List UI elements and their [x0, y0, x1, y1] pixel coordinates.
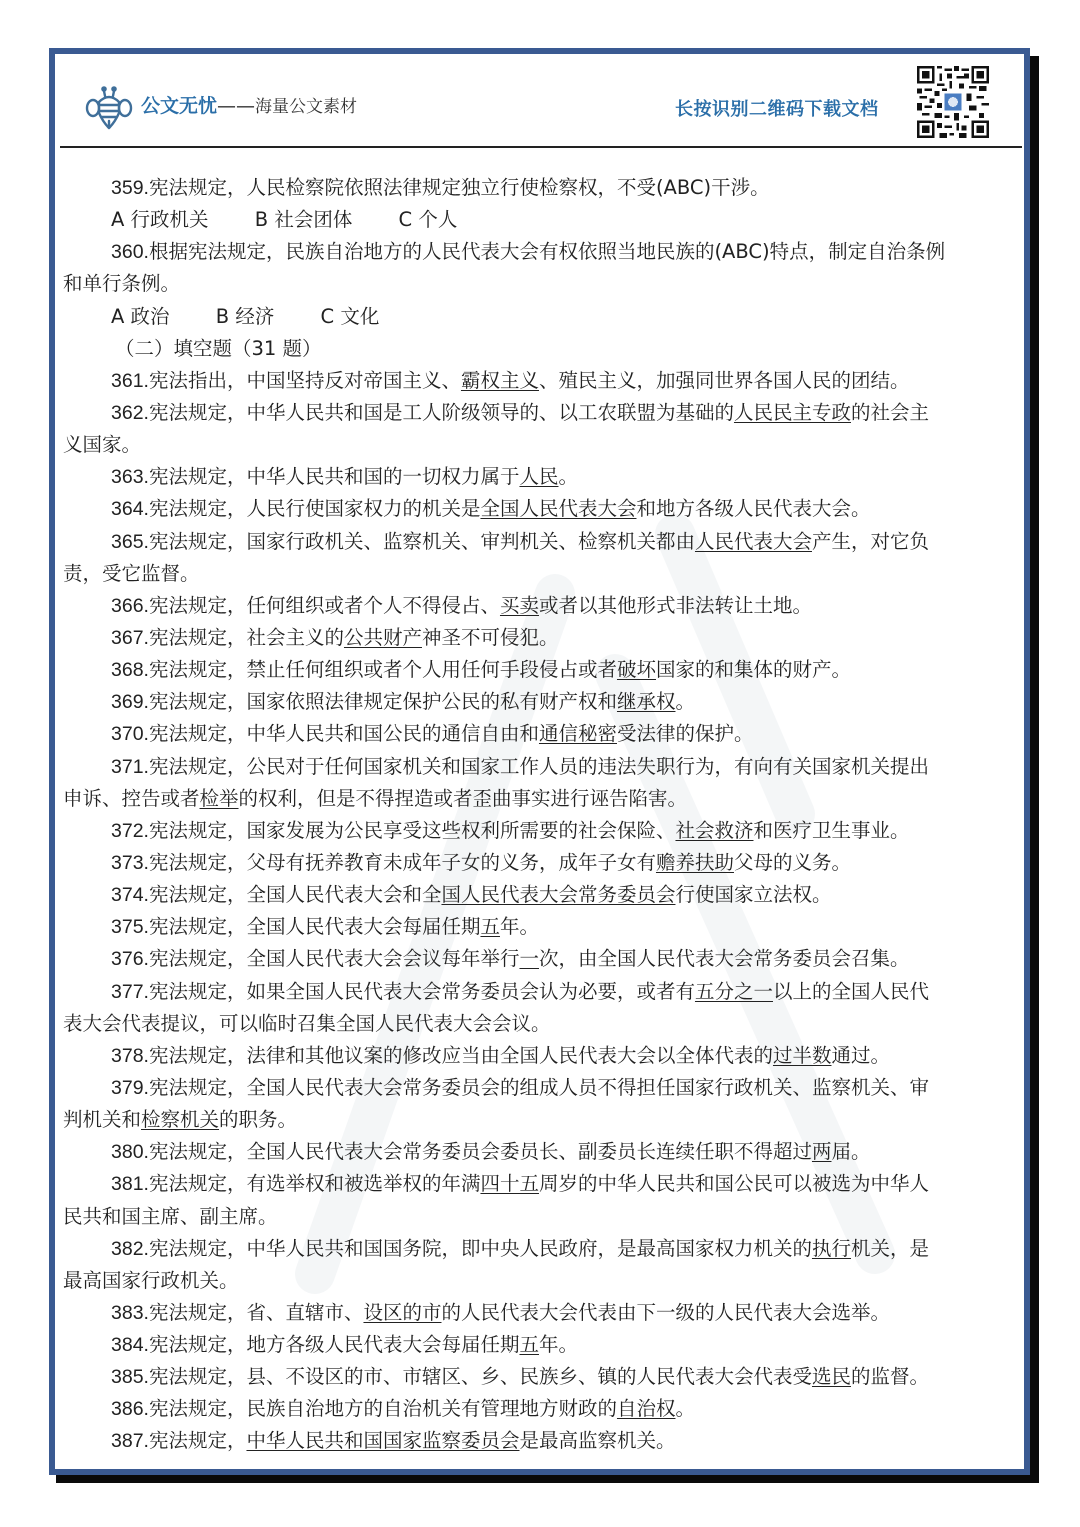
- answer-blank: 人民代表大会: [695, 530, 812, 553]
- answer-blank: 五: [519, 1333, 539, 1356]
- list-item-continuation: 责，受它监督。: [63, 558, 1021, 590]
- question-text: 宪法规定，地方各级人民代表大会每届任期: [149, 1333, 520, 1356]
- answer-blank: 选民: [812, 1365, 851, 1388]
- question-text: 宪法规定，全国人民代表大会每届任期: [149, 915, 481, 938]
- question-number: 374.: [111, 884, 149, 906]
- answer-blank: 人民民主专政: [734, 401, 851, 424]
- question-number: 361.: [111, 370, 149, 392]
- question-text: 宪法规定，人民行使国家权力的机关是: [149, 497, 481, 520]
- question-number: 365.: [111, 531, 149, 553]
- answer-blank: 赡养扶助: [656, 851, 734, 874]
- question-number: 385.: [111, 1366, 149, 1388]
- question-text: 宪法规定，国家行政机关、监察机关、审判机关、检察机关都由: [149, 530, 695, 553]
- question-number: 378.: [111, 1045, 149, 1067]
- question-text: 受法律的保护。: [617, 722, 754, 745]
- option-a: A 行政机关: [111, 204, 209, 236]
- list-item: 375.宪法规定，全国人民代表大会每届任期五年。: [63, 911, 1021, 943]
- download-prompt: 长按识别二维码下载文档: [675, 95, 879, 121]
- option-c: C 文化: [321, 301, 380, 333]
- question-text: 宪法规定，全国人民代表大会和全: [149, 883, 442, 906]
- question-number: 362.: [111, 402, 149, 424]
- question-text: 宪法规定，县、不设区的市、市辖区、乡、民族乡、镇的人民代表大会代表受: [149, 1365, 812, 1388]
- question-text: 行使国家立法权。: [675, 883, 831, 906]
- answer-blank: 四十五: [480, 1172, 539, 1195]
- question-text: 宪法规定，全国人民代表大会常务委员会的组成人员不得担任国家行政机关、监察机关、审: [149, 1076, 929, 1099]
- list-item-continuation: 义国家。: [63, 429, 1021, 461]
- question-text: 宪法规定，有选举权和被选举权的年满: [149, 1172, 481, 1195]
- brand: 公文无忧——海量公文素材: [141, 94, 357, 119]
- document-frame: 公文无忧——海量公文素材 长按识别二维码下载文档: [49, 48, 1030, 1475]
- question-text: 宪法规定，中华人民共和国公民的通信自由和: [149, 722, 539, 745]
- list-item-continuation: 民共和国主席、副主席。: [63, 1201, 1021, 1233]
- question-text-cont: 义国家。: [63, 433, 141, 456]
- brand-name: 公文无忧: [141, 95, 217, 117]
- brand-dash: ——: [217, 95, 255, 117]
- question-number: 387.: [111, 1430, 149, 1452]
- question-number: 364.: [111, 498, 149, 520]
- list-item: 364.宪法规定，人民行使国家权力的机关是全国人民代表大会和地方各级人民代表大会…: [63, 493, 1021, 525]
- document-body: 359.宪法规定，人民检察院依照法律规定独立行使检察权，不受(ABC)干涉。 A…: [63, 172, 1021, 1458]
- question-text: 宪法规定，禁止任何组织或者个人用任何手段侵占或者: [149, 658, 617, 681]
- option-b: B 社会团体: [255, 204, 353, 236]
- question-number: 369.: [111, 691, 149, 713]
- question-text: 国家的和集体的财产。: [656, 658, 851, 681]
- option-b: B 经济: [216, 301, 275, 333]
- list-item: 370.宪法规定，中华人民共和国公民的通信自由和通信秘密受法律的保护。: [63, 718, 1021, 750]
- list-item: 378.宪法规定，法律和其他议案的修改应当由全国人民代表大会以全体代表的过半数通…: [63, 1040, 1021, 1072]
- question-number: 377.: [111, 981, 149, 1003]
- answer-blank: 人民: [519, 465, 558, 488]
- question-number: 359.: [111, 177, 149, 199]
- question-number: 371.: [111, 756, 149, 778]
- question-360-continuation: 和单行条例。: [63, 268, 1021, 300]
- list-item-continuation: 最高国家行政机关。: [63, 1265, 1021, 1297]
- answer-blank: 通信秘密: [539, 722, 617, 745]
- option-a: A 政治: [111, 301, 170, 333]
- question-text-cont: 责，受它监督。: [63, 562, 200, 585]
- answer-blank: 五: [480, 915, 500, 938]
- question-text: 和医疗卫生事业。: [753, 819, 909, 842]
- answer-blank: 国人民代表大会常务委员会: [441, 883, 675, 906]
- list-item: 383.宪法规定，省、直辖市、设区的市的人民代表大会代表由下一级的人民代表大会选…: [63, 1297, 1021, 1329]
- list-item: 372.宪法规定，国家发展为公民享受这些权利所需要的社会保险、社会救济和医疗卫生…: [63, 815, 1021, 847]
- question-text: 届。: [831, 1140, 870, 1163]
- question-number: 372.: [111, 820, 149, 842]
- qr-code-icon[interactable]: [917, 66, 989, 138]
- list-item: 386.宪法规定，民族自治地方的自治机关有管理地方财政的自治权。: [63, 1393, 1021, 1425]
- question-text: 以上的全国人民代: [773, 980, 929, 1003]
- question-number: 381.: [111, 1173, 149, 1195]
- answer-blank: 继承权: [617, 690, 676, 713]
- question-text: 宪法规定，中华人民共和国的一切权力属于: [149, 465, 520, 488]
- question-text: 宪法规定，民族自治地方的自治机关有管理地方财政的: [149, 1397, 617, 1420]
- question-text: 。: [558, 465, 578, 488]
- question-text-cont: 最高国家行政机关。: [63, 1269, 239, 1292]
- question-text: 宪法规定，人民检察院依照法律规定独立行使检察权，不受(ABC)干涉。: [149, 176, 770, 199]
- question-text: 年。: [500, 915, 539, 938]
- list-item: 381.宪法规定，有选举权和被选举权的年满四十五周岁的中华人民共和国公民可以被选…: [63, 1168, 1021, 1200]
- list-item: 373.宪法规定，父母有抚养教育未成年子女的义务，成年子女有赡养扶助父母的义务。: [63, 847, 1021, 879]
- list-item: 376.宪法规定，全国人民代表大会会议每年举行一次，由全国人民代表大会常务委员会…: [63, 943, 1021, 975]
- question-text: 宪法规定，全国人民代表大会会议每年举行: [149, 947, 520, 970]
- question-text: 和地方各级人民代表大会。: [636, 497, 870, 520]
- question-text: 宪法规定，中华人民共和国国务院，即中央人民政府，是最高国家权力机关的: [149, 1237, 812, 1260]
- question-text: 次，由全国人民代表大会常务委员会召集。: [539, 947, 910, 970]
- question-text: 。: [675, 1397, 695, 1420]
- brand-tagline: 海量公文素材: [255, 97, 357, 117]
- question-text: 的监督。: [851, 1365, 929, 1388]
- question-359: 359.宪法规定，人民检察院依照法律规定独立行使检察权，不受(ABC)干涉。: [63, 172, 1021, 204]
- answer-blank: 全国人民代表大会: [480, 497, 636, 520]
- list-item: 367.宪法规定，社会主义的公共财产神圣不可侵犯。: [63, 622, 1021, 654]
- answer-blank: 中华人民共和国国家监察委员会: [246, 1429, 519, 1452]
- answer-blank: 检察机关: [141, 1108, 219, 1131]
- question-number: 375.: [111, 916, 149, 938]
- question-number: 363.: [111, 466, 149, 488]
- question-number: 376.: [111, 948, 149, 970]
- question-text: 宪法规定，法律和其他议案的修改应当由全国人民代表大会以全体代表的: [149, 1044, 773, 1067]
- answer-blank: 一: [519, 947, 539, 970]
- list-item: 369.宪法规定，国家依照法律规定保护公民的私有财产权和继承权。: [63, 686, 1021, 718]
- list-item: 362.宪法规定，中华人民共和国是工人阶级领导的、以工农联盟为基础的人民民主专政…: [63, 397, 1021, 429]
- answer-blank: 买卖: [500, 594, 539, 617]
- question-text-cont: 表大会代表提议，可以临时召集全国人民代表大会会议。: [63, 1012, 551, 1035]
- list-item: 361.宪法指出，中国坚持反对帝国主义、霸权主义、殖民主义，加强同世界各国人民的…: [63, 365, 1021, 397]
- list-item: 363.宪法规定，中华人民共和国的一切权力属于人民。: [63, 461, 1021, 493]
- question-text: 宪法指出，中国坚持反对帝国主义、: [149, 369, 461, 392]
- question-text: 神圣不可侵犯。: [422, 626, 559, 649]
- question-number: 380.: [111, 1141, 149, 1163]
- question-text: 。: [675, 690, 695, 713]
- question-number: 373.: [111, 852, 149, 874]
- question-text: 宪法规定，省、直辖市、: [149, 1301, 364, 1324]
- question-text: 、殖民主义，加强同世界各国人民的团结。: [539, 369, 910, 392]
- question-number: 386.: [111, 1398, 149, 1420]
- page-header: 公文无忧——海量公文素材 长按识别二维码下载文档: [55, 54, 1024, 146]
- question-number: 367.: [111, 627, 149, 649]
- list-item: 382.宪法规定，中华人民共和国国务院，即中央人民政府，是最高国家权力机关的执行…: [63, 1233, 1021, 1265]
- list-item: 384.宪法规定，地方各级人民代表大会每届任期五年。: [63, 1329, 1021, 1361]
- question-text: 或者以其他形式非法转让土地。: [539, 594, 812, 617]
- question-text: 周岁的中华人民共和国公民可以被选为中华人: [539, 1172, 929, 1195]
- question-359-options: A 行政机关 B 社会团体 C 个人: [63, 204, 1021, 236]
- question-text: 通过。: [831, 1044, 890, 1067]
- question-text: 父母的义务。: [734, 851, 851, 874]
- question-number: 368.: [111, 659, 149, 681]
- question-number: 382.: [111, 1238, 149, 1260]
- question-360: 360.根据宪法规定，民族自治地方的人民代表大会有权依照当地民族的(ABC)特点…: [63, 236, 1021, 268]
- list-item: 368.宪法规定，禁止任何组织或者个人用任何手段侵占或者破坏国家的和集体的财产。: [63, 654, 1021, 686]
- answer-blank: 过半数: [773, 1044, 832, 1067]
- question-text: 宪法规定，公民对于任何国家机关和国家工作人员的违法失职行为，有向有关国家机关提出: [149, 755, 929, 778]
- answer-blank: 破坏: [617, 658, 656, 681]
- list-item: 374.宪法规定，全国人民代表大会和全国人民代表大会常务委员会行使国家立法权。: [63, 879, 1021, 911]
- question-text: 根据宪法规定，民族自治地方的人民代表大会有权依照当地民族的(ABC)特点，制定自…: [149, 240, 945, 263]
- section-heading: （二）填空题（31 题）: [63, 333, 1021, 365]
- list-item: 377.宪法规定，如果全国人民代表大会常务委员会认为必要，或者有五分之一以上的全…: [63, 976, 1021, 1008]
- question-text-cont: 和单行条例。: [63, 272, 180, 295]
- option-c: C 个人: [399, 204, 458, 236]
- list-item: 365.宪法规定，国家行政机关、监察机关、审判机关、检察机关都由人民代表大会产生…: [63, 526, 1021, 558]
- header-divider: [60, 146, 1022, 148]
- question-text: 宪法规定，: [149, 1429, 247, 1452]
- question-text: 宪法规定，中华人民共和国是工人阶级领导的、以工农联盟为基础的: [149, 401, 734, 424]
- question-text: 年。: [539, 1333, 578, 1356]
- list-item: 371.宪法规定，公民对于任何国家机关和国家工作人员的违法失职行为，有向有关国家…: [63, 751, 1021, 783]
- question-text: 宪法规定，任何组织或者个人不得侵占、: [149, 594, 500, 617]
- question-text: 产生，对它负: [812, 530, 929, 553]
- question-number: 360.: [111, 241, 149, 263]
- question-text-cont: 判机关和: [63, 1108, 141, 1131]
- list-item: 380.宪法规定，全国人民代表大会常务委员会委员长、副委员长连续任职不得超过两届…: [63, 1136, 1021, 1168]
- question-text: 的人民代表大会代表由下一级的人民代表大会选举。: [441, 1301, 890, 1324]
- answer-blank: 自治权: [617, 1397, 676, 1420]
- question-text: 宪法规定，国家发展为公民享受这些权利所需要的社会保险、: [149, 819, 676, 842]
- question-number: 383.: [111, 1302, 149, 1324]
- list-item-continuation: 判机关和检察机关的职务。: [63, 1104, 1021, 1136]
- list-item-continuation: 申诉、控告或者检举的权利，但是不得捏造或者歪曲事实进行诬告陷害。: [63, 783, 1021, 815]
- question-number: 384.: [111, 1334, 149, 1356]
- answer-blank: 公共财产: [344, 626, 422, 649]
- answer-blank: 两: [812, 1140, 832, 1163]
- question-text: 宪法规定，如果全国人民代表大会常务委员会认为必要，或者有: [149, 980, 695, 1003]
- question-text-cont: 的权利，但是不得捏造或者歪曲事实进行诬告陷害。: [239, 787, 688, 810]
- answer-blank: 五分之一: [695, 980, 773, 1003]
- question-text-cont: 的职务。: [219, 1108, 297, 1131]
- answer-blank: 执行: [812, 1237, 851, 1260]
- question-text-cont: 民共和国主席、副主席。: [63, 1205, 278, 1228]
- question-360-options: A 政治 B 经济 C 文化: [63, 301, 1021, 333]
- answer-blank: 设区的市: [363, 1301, 441, 1324]
- answer-blank: 检举: [200, 787, 239, 810]
- list-item: 379.宪法规定，全国人民代表大会常务委员会的组成人员不得担任国家行政机关、监察…: [63, 1072, 1021, 1104]
- question-text-cont: 申诉、控告或者: [63, 787, 200, 810]
- question-number: 379.: [111, 1077, 149, 1099]
- list-item: 387.宪法规定，中华人民共和国国家监察委员会是最高监察机关。: [63, 1425, 1021, 1457]
- list-item-continuation: 表大会代表提议，可以临时召集全国人民代表大会会议。: [63, 1008, 1021, 1040]
- list-item: 366.宪法规定，任何组织或者个人不得侵占、买卖或者以其他形式非法转让土地。: [63, 590, 1021, 622]
- question-text: 宪法规定，父母有抚养教育未成年子女的义务，成年子女有: [149, 851, 656, 874]
- question-text: 机关，是: [851, 1237, 929, 1260]
- question-text: 宪法规定，全国人民代表大会常务委员会委员长、副委员长连续任职不得超过: [149, 1140, 812, 1163]
- fill-blank-list: 361.宪法指出，中国坚持反对帝国主义、霸权主义、殖民主义，加强同世界各国人民的…: [63, 365, 1021, 1458]
- list-item: 385.宪法规定，县、不设区的市、市辖区、乡、民族乡、镇的人民代表大会代表受选民…: [63, 1361, 1021, 1393]
- question-text: 宪法规定，国家依照法律规定保护公民的私有财产权和: [149, 690, 617, 713]
- question-text: 的社会主: [851, 401, 929, 424]
- question-number: 366.: [111, 595, 149, 617]
- question-text: 宪法规定，社会主义的: [149, 626, 344, 649]
- question-text: 是最高监察机关。: [519, 1429, 675, 1452]
- answer-blank: 社会救济: [675, 819, 753, 842]
- question-number: 370.: [111, 723, 149, 745]
- answer-blank: 霸权主义: [461, 369, 539, 392]
- bee-icon: [85, 82, 133, 132]
